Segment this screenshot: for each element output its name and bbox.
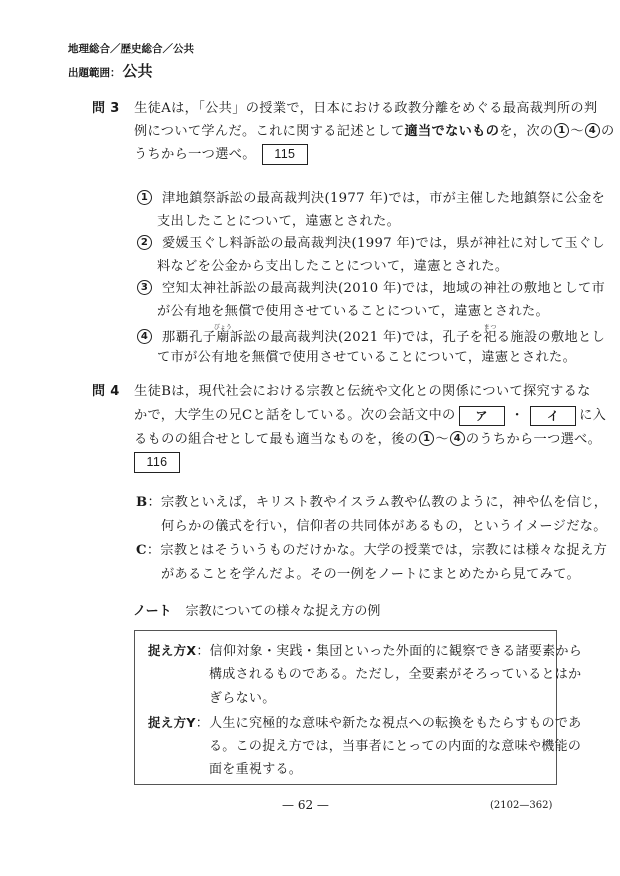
circled-number-icon: 4 xyxy=(585,123,600,138)
circled-number-icon: 4 xyxy=(450,431,465,446)
question-3-line-2: 例について学んだ。これに関する記述として適当でないものを，次の1～4の xyxy=(134,121,615,143)
option-3[interactable]: 3空知太神社訴訟の最高裁判決(2010 年)では，地域の神社の敷地として市 xyxy=(136,278,605,300)
answer-box-115[interactable]: 115 xyxy=(262,144,308,165)
dialogue-c: C：宗教とはそういうものだけかな。大学の授業では，宗教には様々な捉え方 xyxy=(136,540,607,562)
ruby-reading: びょう xyxy=(214,324,232,331)
option-2[interactable]: 2愛媛玉ぐし料訴訟の最高裁判決(1997 年)では，県が神社に対して玉ぐし xyxy=(136,233,605,255)
option-4-text-1a: 那覇孔子 xyxy=(162,330,216,345)
note-title-label: ノート xyxy=(133,604,172,619)
ruby-base: 祀 xyxy=(483,330,497,345)
circled-number-icon: 3 xyxy=(137,280,152,295)
option-4-text-1b: 訴訟の最高裁判決(2021 年)では，孔子を xyxy=(230,330,484,345)
question-4-line-1: 問 4 生徒Bは，現代社会における宗教と伝統や文化との関係について探究するな xyxy=(92,381,591,403)
option-2-text-2: 料などを公金から支出したことについて，違憲とされた。 xyxy=(157,259,508,274)
dialogue-c-text-1: ：宗教とはそういうものだけかな。大学の授業では，宗教には様々な捉え方 xyxy=(147,543,607,558)
note-item-y-line-3: 面を重視する。 xyxy=(209,759,302,781)
blank-box-a[interactable]: ア xyxy=(459,406,505,426)
dialogue-c-continuation: があることを学んだよ。その一例をノートにまとめたから見てみて。 xyxy=(161,564,580,586)
note-item-y-text-1: ：人生に究極的な意味や新たな視点への転換をもたらすものであ xyxy=(196,716,582,731)
option-2-continuation: 料などを公金から支出したことについて，違憲とされた。 xyxy=(157,256,508,278)
page-code: (2102—362) xyxy=(490,800,552,811)
circled-number-icon: 4 xyxy=(137,329,152,344)
note-box: 捉え方X：信仰対象・実践・集団といった外面的に観察できる諸要素から 構成されるも… xyxy=(134,630,557,785)
option-3-text-2: が公有地を無償で使用させていることについて，違憲とされた。 xyxy=(157,304,549,319)
subject-header: 地理総合／歴史総合／公共 xyxy=(68,41,194,56)
dialogue-b-text-2: 何らかの儀式を行い，信仰者の共同体があるもの，というイメージだな。 xyxy=(161,519,607,534)
question-3-text-2c: の xyxy=(601,124,615,139)
circled-number-icon: 2 xyxy=(137,235,152,250)
speaker-c: C xyxy=(136,543,147,558)
note-item-x: 捉え方X：信仰対象・実践・集団といった外面的に観察できる諸要素から xyxy=(148,640,582,663)
question-4-text-3a: るものの組合せとして最も適当なものを，後の xyxy=(134,432,418,447)
speaker-b: B xyxy=(136,495,148,510)
option-4-text-1c: る施設の敷地とし xyxy=(497,330,605,345)
note-item-x-text-1: ：信仰対象・実践・集団といった外面的に観察できる諸要素から xyxy=(196,644,582,659)
question-4-text-2b: に入 xyxy=(579,408,606,423)
circled-number-icon: 1 xyxy=(554,123,569,138)
exam-scope: 出題範囲：公共 xyxy=(68,60,153,81)
question-3-emphasis: 適当でないもの xyxy=(404,124,499,139)
question-4-line-2: かで，大学生の兄Cと話をしている。次の会話文中のア・イに入 xyxy=(134,405,606,427)
circled-number-icon: 1 xyxy=(419,431,434,446)
option-1-continuation: 支出したことについて，違憲とされた。 xyxy=(157,211,400,233)
blank-separator: ・ xyxy=(511,408,525,423)
blank-box-i[interactable]: イ xyxy=(530,406,576,426)
note-item-x-text-2: 構成されるものである。ただし，全要素がそろっているとはか xyxy=(209,667,581,682)
note-item-y-text-2: る。この捉え方では，当事者にとっての内面的な意味や機能の xyxy=(209,739,581,754)
question-4-text-3b: のうちから一つ選べ。 xyxy=(466,432,601,447)
note-title: ノート宗教についての様々な捉え方の例 xyxy=(133,600,380,619)
note-item-y-line-2: る。この捉え方では，当事者にとっての内面的な意味や機能の xyxy=(209,736,581,758)
page-number: — 62 — xyxy=(282,798,329,812)
option-4-continuation: て市が公有地を無償で使用させていることについて，違憲とされた。 xyxy=(157,347,576,369)
option-3-continuation: が公有地を無償で使用させていることについて，違憲とされた。 xyxy=(157,301,549,323)
question-3-text-2: 例について学んだ。これに関する記述として xyxy=(134,124,404,139)
note-item-x-text-3: ぎらない。 xyxy=(209,691,276,706)
answer-box-116[interactable]: 116 xyxy=(134,452,180,473)
question-4-text-1: 生徒Bは，現代社会における宗教と伝統や文化との関係について探究するな xyxy=(134,384,591,399)
question-4-text-2a: かで，大学生の兄Cと話をしている。次の会話文中の xyxy=(134,408,456,423)
range-separator: ～ xyxy=(570,124,584,139)
dialogue-b: B：宗教といえば，キリスト教やイスラム教や仏教のように，神や仏を信じ， xyxy=(136,492,607,514)
question-3-text-2b: を，次の xyxy=(499,124,553,139)
note-item-y-text-3: 面を重視する。 xyxy=(209,762,302,777)
exam-scope-value: 公共 xyxy=(123,62,153,80)
circled-number-icon: 1 xyxy=(137,190,152,205)
option-4[interactable]: 4那覇孔子廟びょう訴訟の最高裁判決(2021 年)では，孔子を祀まつる施設の敷地… xyxy=(136,324,605,349)
option-1-text-1: 津地鎮祭訴訟の最高裁判決(1977 年)では，市が主催した地鎮祭に公金を xyxy=(162,191,605,206)
ruby-reading: まつ xyxy=(483,324,497,331)
option-4-text-2: て市が公有地を無償で使用させていることについて，違憲とされた。 xyxy=(157,350,576,365)
option-2-text-1: 愛媛玉ぐし料訴訟の最高裁判決(1997 年)では，県が神社に対して玉ぐし xyxy=(162,236,605,251)
question-3-line-1: 問 3 生徒Aは，「公共」の授業で，日本における政教分離をめぐる最高裁判所の判 xyxy=(92,98,597,120)
question-3-text-1: 生徒Aは，「公共」の授業で，日本における政教分離をめぐる最高裁判所の判 xyxy=(134,101,597,116)
option-3-text-1: 空知太神社訴訟の最高裁判決(2010 年)では，地域の神社の敷地として市 xyxy=(162,281,605,296)
question-4-line-3: るものの組合せとして最も適当なものを，後の1～4のうちから一つ選べ。 xyxy=(134,429,601,451)
question-3-label: 問 3 xyxy=(92,101,120,116)
dialogue-c-text-2: があることを学んだよ。その一例をノートにまとめたから見てみて。 xyxy=(161,567,580,582)
note-item-x-label: 捉え方X xyxy=(148,643,196,658)
note-item-x-line-2: 構成されるものである。ただし，全要素がそろっているとはか xyxy=(209,664,581,686)
option-1-text-2: 支出したことについて，違憲とされた。 xyxy=(157,214,400,229)
ruby-byou: 廟びょう xyxy=(216,330,230,345)
option-1[interactable]: 1津地鎮祭訴訟の最高裁判決(1977 年)では，市が主催した地鎮祭に公金を xyxy=(136,188,605,210)
dialogue-b-continuation: 何らかの儀式を行い，信仰者の共同体があるもの，というイメージだな。 xyxy=(161,516,607,538)
ruby-matsu: 祀まつ xyxy=(483,330,497,345)
question-4-line-4: 116 xyxy=(134,452,180,474)
note-item-x-line-3: ぎらない。 xyxy=(209,688,276,710)
note-title-text: 宗教についての様々な捉え方の例 xyxy=(186,604,381,619)
question-3-line-3: うちから一つ選べ。115 xyxy=(134,144,308,166)
range-separator: ～ xyxy=(435,432,449,447)
dialogue-b-text-1: ：宗教といえば，キリスト教やイスラム教や仏教のように，神や仏を信じ， xyxy=(148,495,608,510)
exam-scope-label: 出題範囲： xyxy=(68,67,121,79)
note-item-y-label: 捉え方Y xyxy=(148,715,196,730)
note-item-y: 捉え方Y：人生に究極的な意味や新たな視点への転換をもたらすものであ xyxy=(148,712,581,735)
question-4-label: 問 4 xyxy=(92,384,120,399)
question-3-text-3: うちから一つ選べ。 xyxy=(134,147,256,162)
